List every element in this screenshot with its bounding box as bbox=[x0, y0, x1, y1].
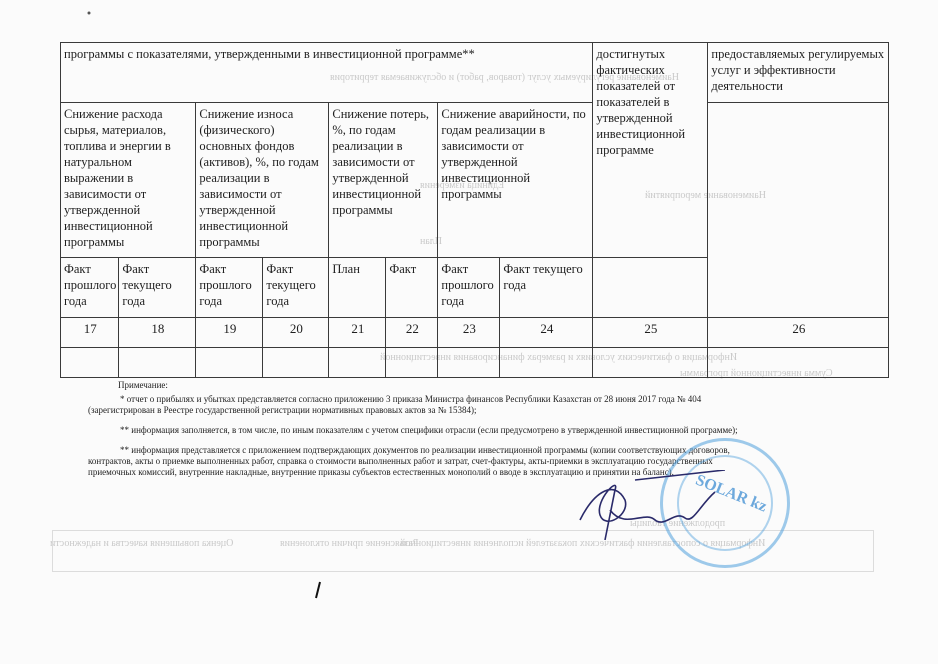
data-cell bbox=[196, 348, 263, 378]
data-cell bbox=[500, 348, 593, 378]
table-row bbox=[61, 348, 889, 378]
sub-header: Факт прошлого года bbox=[61, 258, 119, 318]
ink-mark-icon bbox=[312, 580, 324, 600]
column-number: 25 bbox=[593, 318, 708, 348]
column-number: 20 bbox=[263, 318, 329, 348]
data-cell bbox=[263, 348, 329, 378]
column-number: 17 bbox=[61, 318, 119, 348]
header-span-cell: программы с показателями, утвержденными … bbox=[61, 43, 593, 103]
data-cell bbox=[119, 348, 196, 378]
column-number-row: 17 18 19 20 21 22 23 24 25 26 bbox=[61, 318, 889, 348]
data-cell bbox=[708, 348, 889, 378]
sub-header: Факт текущего года bbox=[119, 258, 196, 318]
indicators-table: программы с показателями, утвержденными … bbox=[60, 42, 889, 378]
sub-header: Факт текущего года bbox=[263, 258, 329, 318]
column-number: 18 bbox=[119, 318, 196, 348]
header-col26: предоставляемых регулируемых услуг и эфф… bbox=[708, 43, 889, 103]
data-cell bbox=[386, 348, 438, 378]
dust-speck-icon bbox=[86, 10, 92, 16]
data-cell bbox=[593, 348, 708, 378]
column-number: 19 bbox=[196, 318, 263, 348]
header-col25: достигнутых фактических показателей от п… bbox=[593, 43, 708, 258]
sub-header: Факт текущего года bbox=[500, 258, 593, 318]
column-number: 23 bbox=[438, 318, 500, 348]
group-header-losses: Снижение потерь, %, по годам реализации … bbox=[329, 103, 438, 258]
data-cell bbox=[329, 348, 386, 378]
header-col25-empty bbox=[593, 258, 708, 318]
note-1-continued: (зарегистрирован в Реестре государственн… bbox=[88, 405, 848, 416]
column-number: 24 bbox=[500, 318, 593, 348]
notes-title: Примечание: bbox=[118, 380, 848, 391]
sub-header: План bbox=[329, 258, 386, 318]
group-header-accidents: Снижение аварийности, по годам реализаци… bbox=[438, 103, 593, 258]
note-2: ** информация заполняется, в том числе, … bbox=[88, 425, 848, 436]
group-header-depreciation: Снижение износа (физического) основных ф… bbox=[196, 103, 329, 258]
group-header-materials: Снижение расхода сырья, материалов, топл… bbox=[61, 103, 196, 258]
sub-header: Факт прошлого года bbox=[196, 258, 263, 318]
data-cell bbox=[61, 348, 119, 378]
sub-header: Факт прошлого года bbox=[438, 258, 500, 318]
column-number: 22 bbox=[386, 318, 438, 348]
header-col26-empty bbox=[708, 103, 889, 318]
data-cell bbox=[438, 348, 500, 378]
sub-header: Факт bbox=[386, 258, 438, 318]
column-number: 21 bbox=[329, 318, 386, 348]
signature-icon bbox=[575, 470, 725, 550]
note-1: * отчет о прибылях и убытках представляе… bbox=[88, 394, 848, 405]
column-number: 26 bbox=[708, 318, 889, 348]
